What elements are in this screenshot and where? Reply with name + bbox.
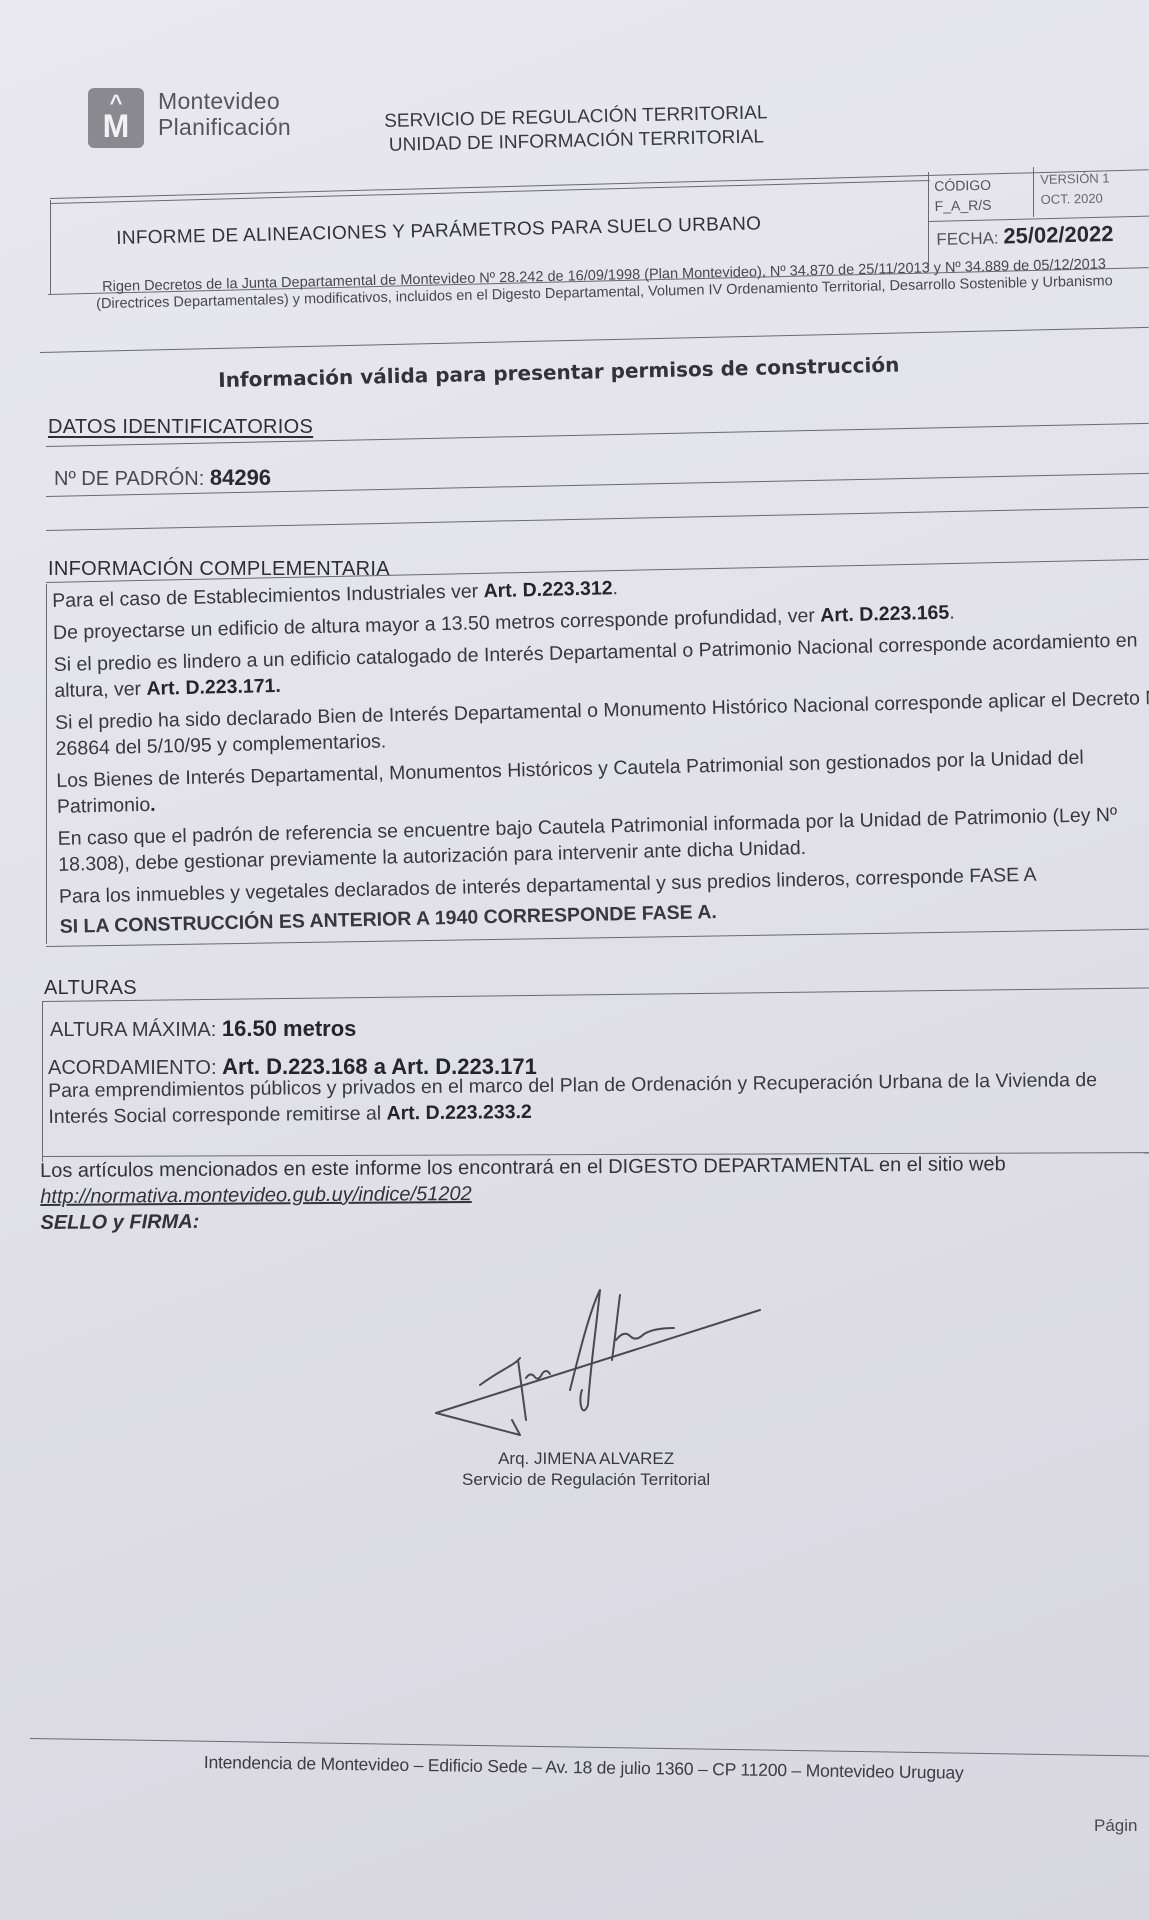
divider — [46, 584, 47, 944]
legal-basis-text: Rigen Decretos de la Junta Departamental… — [64, 255, 1144, 313]
report-title: INFORME DE ALINEACIONES Y PARÁMETROS PAR… — [116, 213, 761, 250]
brand-name: Montevideo Planificación — [158, 88, 291, 140]
divider — [42, 987, 1149, 1002]
heights-heading: ALTURAS — [44, 977, 137, 1000]
document-date: FECHA: 25/02/2022 — [936, 221, 1114, 251]
footer-divider — [30, 1738, 1149, 1757]
signer-block: Arq. JIMENA ALVAREZ Servicio de Regulaci… — [462, 1448, 710, 1490]
document-code: CÓDIGO F_A_R/S — [934, 175, 992, 216]
scanned-document: ^ M Montevideo Planificación SERVICIO DE… — [0, 0, 1149, 1920]
signer-office: Servicio de Regulación Territorial — [462, 1469, 710, 1490]
complementary-list: Para el caso de Establecimientos Industr… — [52, 563, 1149, 946]
divider — [928, 216, 1149, 222]
padron-value: 84296 — [210, 465, 271, 490]
divider — [50, 180, 930, 204]
divider — [46, 507, 1149, 531]
page-number-label: Págin — [1094, 1816, 1137, 1836]
max-height-value: 16.50 metros — [222, 1016, 357, 1041]
service-heading: SERVICIO DE REGULACIÓN TERRITORIAL UNIDA… — [384, 101, 768, 158]
divider — [1033, 167, 1034, 217]
references-block: Los artículos mencionados en este inform… — [40, 1150, 1149, 1236]
divider — [50, 200, 51, 295]
footer-address: Intendencia de Montevideo – Edificio Sed… — [204, 1752, 964, 1784]
divider — [40, 327, 1149, 353]
max-height-field: ALTURA MÁXIMA: 16.50 metros — [50, 1016, 356, 1042]
montevideo-logo-icon: ^ M — [88, 88, 144, 148]
handwritten-signature — [430, 1270, 770, 1450]
document-version: VERSIÓN 1 OCT. 2020 — [1040, 168, 1110, 210]
signer-name: Arq. JIMENA ALVAREZ — [462, 1448, 710, 1469]
identification-heading: DATOS IDENTIFICATORIOS — [48, 416, 313, 439]
social-housing-note: Para emprendimientos públicos y privados… — [48, 1067, 1128, 1130]
validity-statement: Información válida para presentar permis… — [218, 353, 900, 392]
divider — [42, 1002, 43, 1162]
padron-field: Nº DE PADRÓN: 84296 — [54, 465, 271, 491]
digesto-link[interactable]: http://normativa.montevideo.gub.uy/indic… — [40, 1183, 472, 1208]
